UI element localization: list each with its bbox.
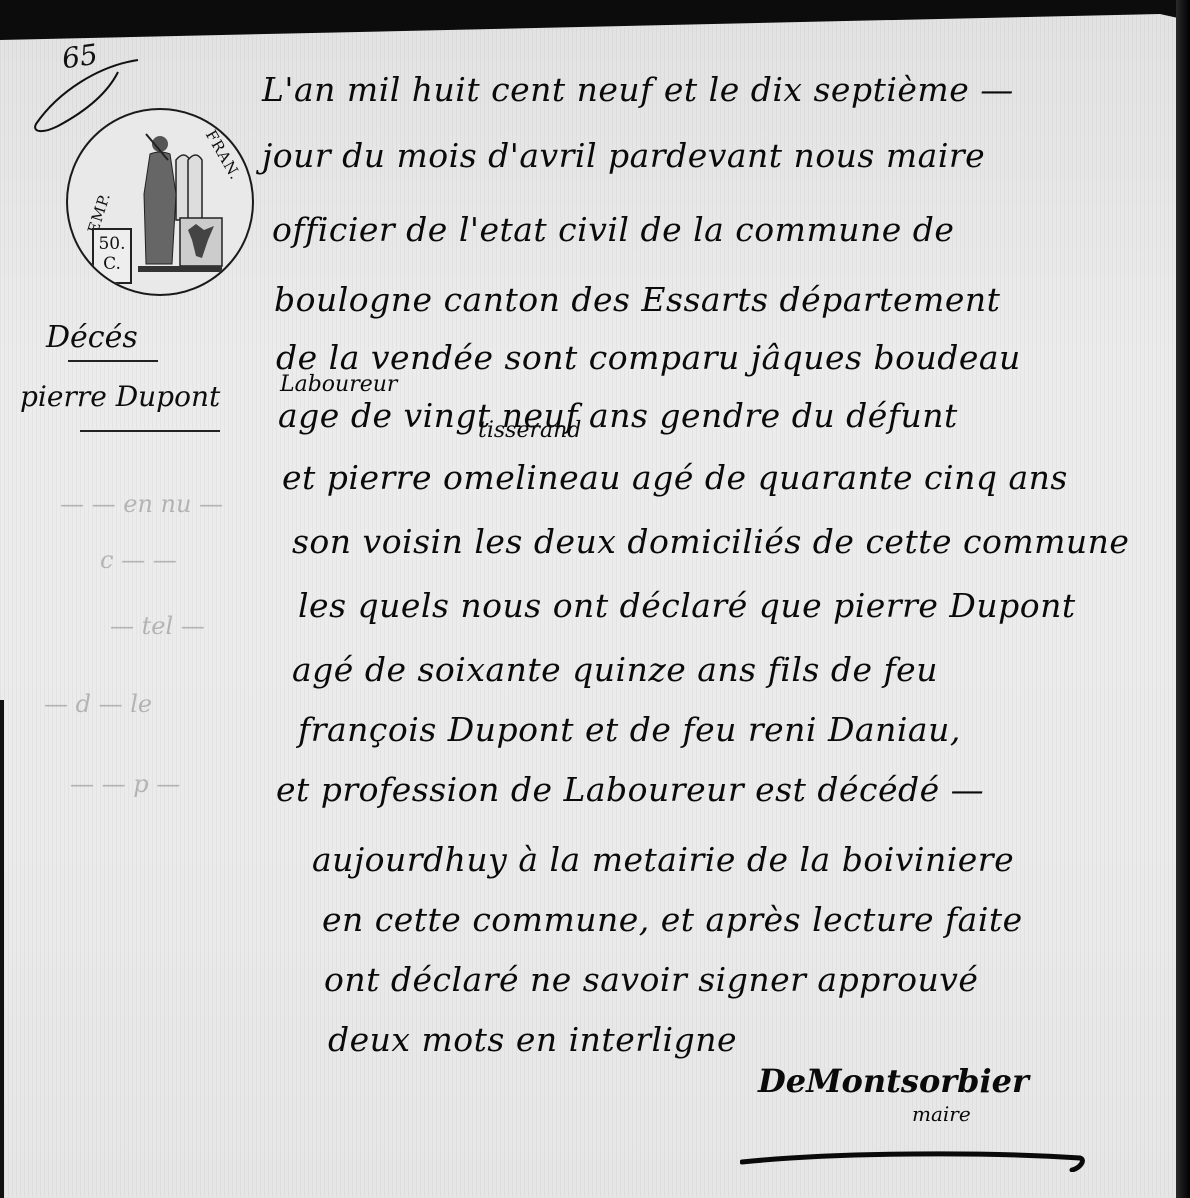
tax-stamp: EMP. FRAN. 50. C. xyxy=(66,108,254,296)
margin-title: Décés xyxy=(46,320,138,355)
record-line: officier de l'etat civil de la commune d… xyxy=(272,210,954,249)
record-line: deux mots en interligne xyxy=(328,1020,737,1059)
record-line: son voisin les deux domiciliés de cette … xyxy=(292,522,1129,561)
stamp-value: 50. C. xyxy=(92,228,132,284)
bleed-through-text: — — p — xyxy=(70,770,180,798)
record-line: et profession de Laboureur est décédé — xyxy=(276,770,984,809)
mayor-signature: DeMontsorbier xyxy=(758,1062,1029,1100)
record-line: et pierre omelineau agé de quarante cinq… xyxy=(282,458,1068,497)
mayor-title: maire xyxy=(912,1102,971,1126)
record-line: aujourdhuy à la metairie de la boivinier… xyxy=(312,840,1014,879)
record-line: ont déclaré ne savoir signer approuvé xyxy=(324,960,978,999)
bleed-through-text: — — en nu — xyxy=(60,490,223,518)
record-line: les quels nous ont déclaré que pierre Du… xyxy=(298,586,1076,625)
stamp-value-unit: C. xyxy=(94,254,130,274)
interlinear-insertion: tisserand xyxy=(478,418,581,443)
page-edge-shadow-left xyxy=(0,700,4,1198)
record-line: age de vingt neuf ans gendre du défunt xyxy=(278,396,958,435)
bleed-through-text: c — — xyxy=(100,546,177,574)
page-edge-shadow xyxy=(1176,0,1190,1198)
record-line: agé de soixante quinze ans fils de feu xyxy=(292,650,938,689)
stamp-value-number: 50. xyxy=(94,234,130,254)
interlinear-insertion: Laboureur xyxy=(280,372,397,397)
signature-flourish-icon xyxy=(740,1150,1090,1172)
record-line: L'an mil huit cent neuf et le dix septiè… xyxy=(262,70,1014,109)
margin-name-underline xyxy=(80,430,220,432)
record-line: jour du mois d'avril pardevant nous mair… xyxy=(262,136,985,175)
margin-deceased-name: pierre Dupont xyxy=(20,380,220,413)
margin-title-underline xyxy=(68,360,158,362)
folio-number: 65 xyxy=(60,38,100,76)
record-line: en cette commune, et après lecture faite xyxy=(322,900,1023,939)
bleed-through-text: — d — le xyxy=(44,690,152,718)
record-line: françois Dupont et de feu reni Daniau, xyxy=(298,710,961,749)
bleed-through-text: — tel — xyxy=(110,612,205,640)
allegorical-figure-icon xyxy=(128,130,228,280)
record-line: boulogne canton des Essarts département xyxy=(274,280,1000,319)
